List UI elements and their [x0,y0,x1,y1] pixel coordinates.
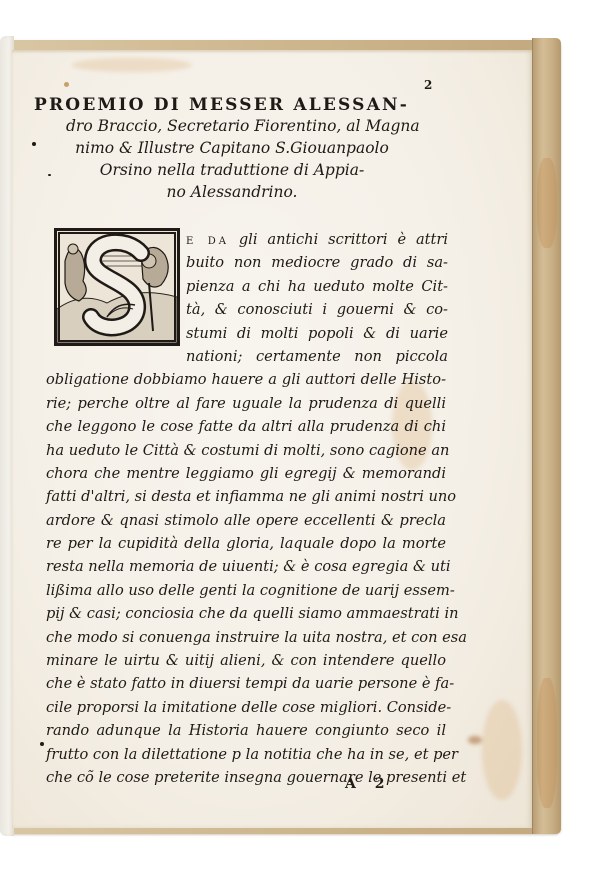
title-line: dro Braccio, Secretario Fiorentino, al M… [66,115,432,137]
title-line: Orsino nella traduttione di Appia- [32,159,432,181]
signature-mark: A 2 [345,776,384,792]
body-line-text: gli antichi scrittori è attri [239,231,448,248]
title-line: no Alessandrino. [32,181,432,203]
ink-dot [64,82,69,87]
body-line: fatti d'altri, si desta et infiamma ne g… [46,485,446,508]
title-line: nimo & Illustre Capitano S.Giouanpaolo [32,137,432,159]
foxing-spot [72,58,192,72]
smallcaps-opening: E DA [186,236,229,247]
body-line: resta nella memoria de uiuenti; & è cosa… [46,555,446,578]
book-photo: 2 PROEMIO DI MESSER ALESSAN- dro Braccio… [0,0,600,876]
body-line: buito non mediocre grado di sa- [186,251,448,274]
body-line: che cõ le cose preterite insegna gouerna… [46,766,446,789]
foxing-spot [468,736,482,744]
proem-title: PROEMIO DI MESSER ALESSAN- dro Braccio, … [32,95,432,203]
body-line: pienza a chi ha ueduto molte Cit- [186,275,448,298]
body-line: tà, & conosciuti i gouerni & co- [186,298,448,321]
printed-page: 2 PROEMIO DI MESSER ALESSAN- dro Braccio… [12,50,532,828]
title-caps-line: PROEMIO DI MESSER ALESSAN- [34,95,432,115]
body-line: ardore & qnasi stimolo alle opere eccell… [46,509,446,532]
folio-number: 2 [424,78,432,92]
stain [537,158,557,248]
body-line: chora che mentre leggiamo gli egregij & … [46,462,446,485]
stain [537,678,557,808]
body-line: stumi di molti popoli & di uarie [186,322,448,345]
body-line: che è stato fatto in diuersi tempi da ua… [46,672,446,695]
body-line: frutto con la dilettatione p la notitia … [46,743,446,766]
binding-fore-edge [532,38,561,834]
body-line: rie; perche oltre al fare uguale la prud… [46,392,446,415]
body-line: che leggono le cose fatte da altri alla … [46,415,446,438]
body-line: cile proporsi la imitatione delle cose m… [46,696,446,719]
body-line: lißima allo uso delle genti la cognition… [46,579,446,602]
body-line: ha ueduto le Città & costumi di molti, s… [46,439,446,462]
ink-dot [40,742,44,746]
body-line: rando adunque la Historia hauere congiun… [46,719,446,742]
body-line: pij & casi; conciosia che da quelli siam… [46,602,446,625]
body-line: re per la cupidità della gloria, laquale… [46,532,446,555]
proem-body: E DA gli antichi scrittori è attri buito… [46,228,446,789]
body-line: nationi; certamente non piccola [186,345,448,368]
body-line: che modo si conuenga instruire la uita n… [46,626,446,649]
body-line: E DA gli antichi scrittori è attri [186,228,448,251]
foxing-spot [482,700,522,800]
body-line: minare le uirtu & uitij alieni, & con in… [46,649,446,672]
body-line: obligatione dobbiamo hauere a gli auttor… [46,368,446,391]
